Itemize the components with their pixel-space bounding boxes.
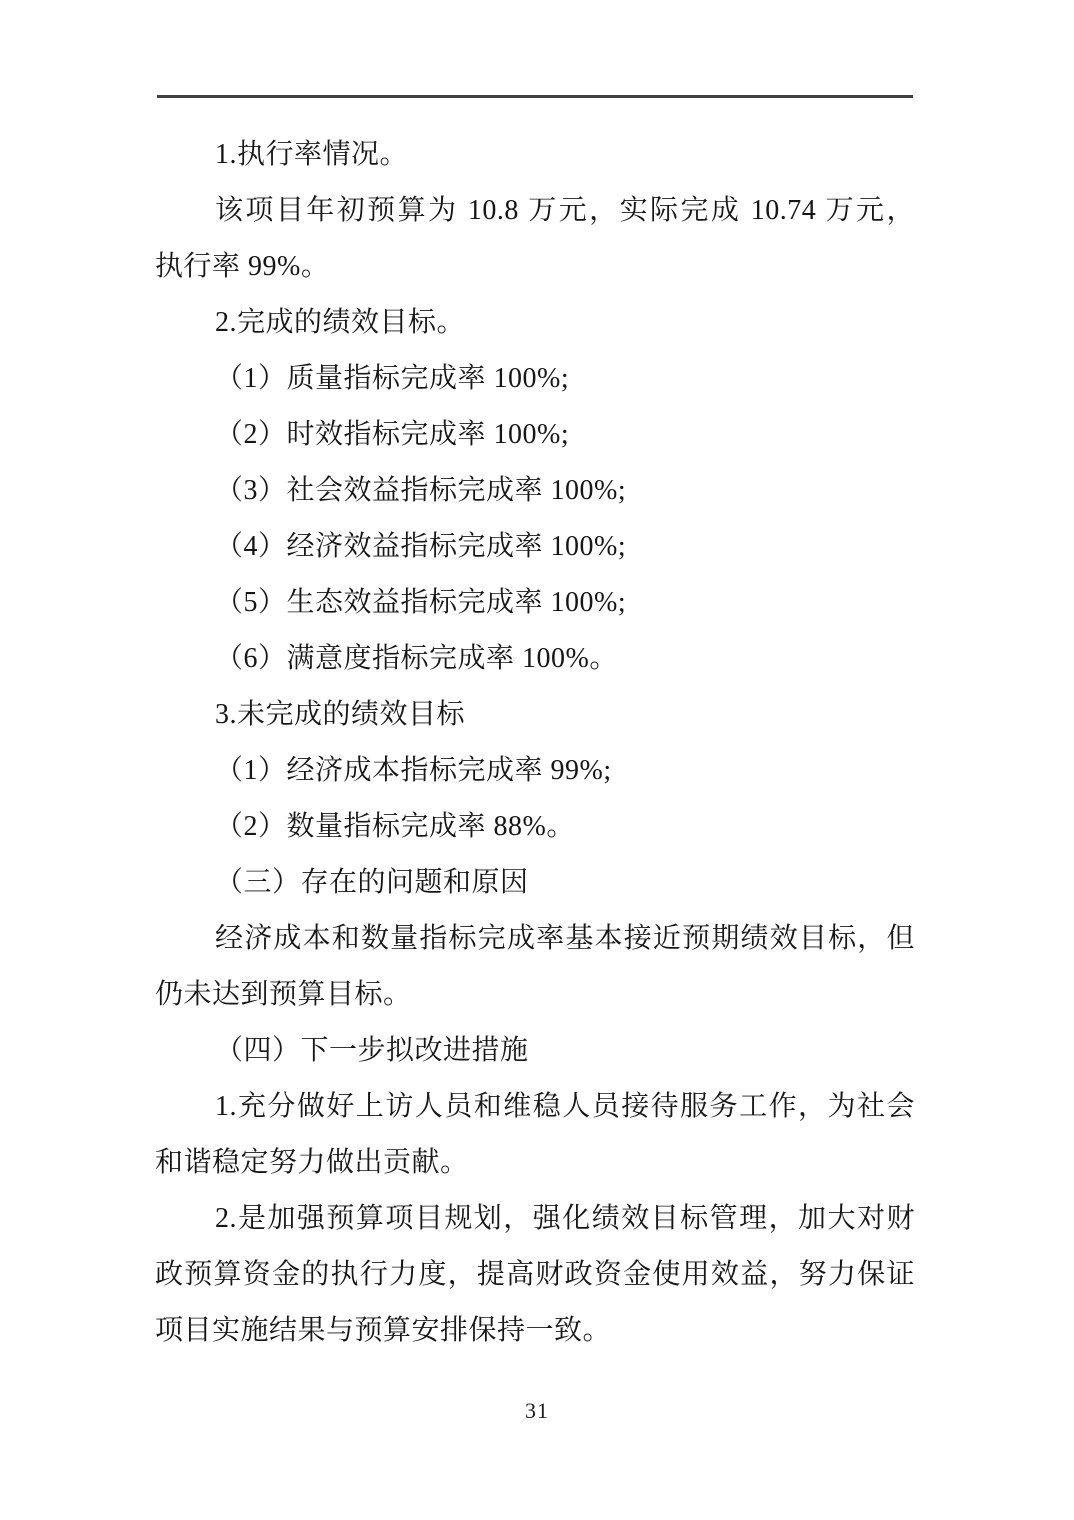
text-line: （三）存在的问题和原因	[155, 855, 915, 911]
text-line: 项目实施结果与预算安排保持一致。	[155, 1303, 915, 1359]
text-line: （3）社会效益指标完成率 100%;	[155, 463, 915, 519]
text-line: （4）经济效益指标完成率 100%;	[155, 519, 915, 575]
text-line: （1）质量指标完成率 100%;	[155, 351, 915, 407]
text-line: 3.未完成的绩效目标	[155, 687, 915, 743]
text-line: （6）满意度指标完成率 100%。	[155, 631, 915, 687]
text-line: 2.是加强预算项目规划，强化绩效目标管理，加大对财	[155, 1191, 915, 1247]
text-line: 1.充分做好上访人员和维稳人员接待服务工作，为社会	[155, 1079, 915, 1135]
document-page: 1.执行率情况。该项目年初预算为 10.8 万元，实际完成 10.74 万元，执…	[0, 0, 1074, 1520]
header-rule	[157, 95, 913, 98]
text-line: （1）经济成本指标完成率 99%;	[155, 743, 915, 799]
text-line: 经济成本和数量指标完成率基本接近预期绩效目标，但	[155, 911, 915, 967]
text-line: 仍未达到预算目标。	[155, 967, 915, 1023]
text-line: 2.完成的绩效目标。	[155, 295, 915, 351]
text-line: 1.执行率情况。	[155, 127, 915, 183]
text-line: （2）数量指标完成率 88%。	[155, 799, 915, 855]
text-line: （5）生态效益指标完成率 100%;	[155, 575, 915, 631]
document-body: 1.执行率情况。该项目年初预算为 10.8 万元，实际完成 10.74 万元，执…	[155, 127, 915, 1359]
page-number: 31	[525, 1398, 549, 1423]
text-line: （2）时效指标完成率 100%;	[155, 407, 915, 463]
text-line: 和谐稳定努力做出贡献。	[155, 1135, 915, 1191]
text-line: 政预算资金的执行力度，提高财政资金使用效益，努力保证	[155, 1247, 915, 1303]
text-line: 该项目年初预算为 10.8 万元，实际完成 10.74 万元，	[155, 183, 915, 239]
text-line: 执行率 99%。	[155, 239, 915, 295]
page-footer: 31	[0, 1398, 1074, 1424]
text-line: （四）下一步拟改进措施	[155, 1023, 915, 1079]
